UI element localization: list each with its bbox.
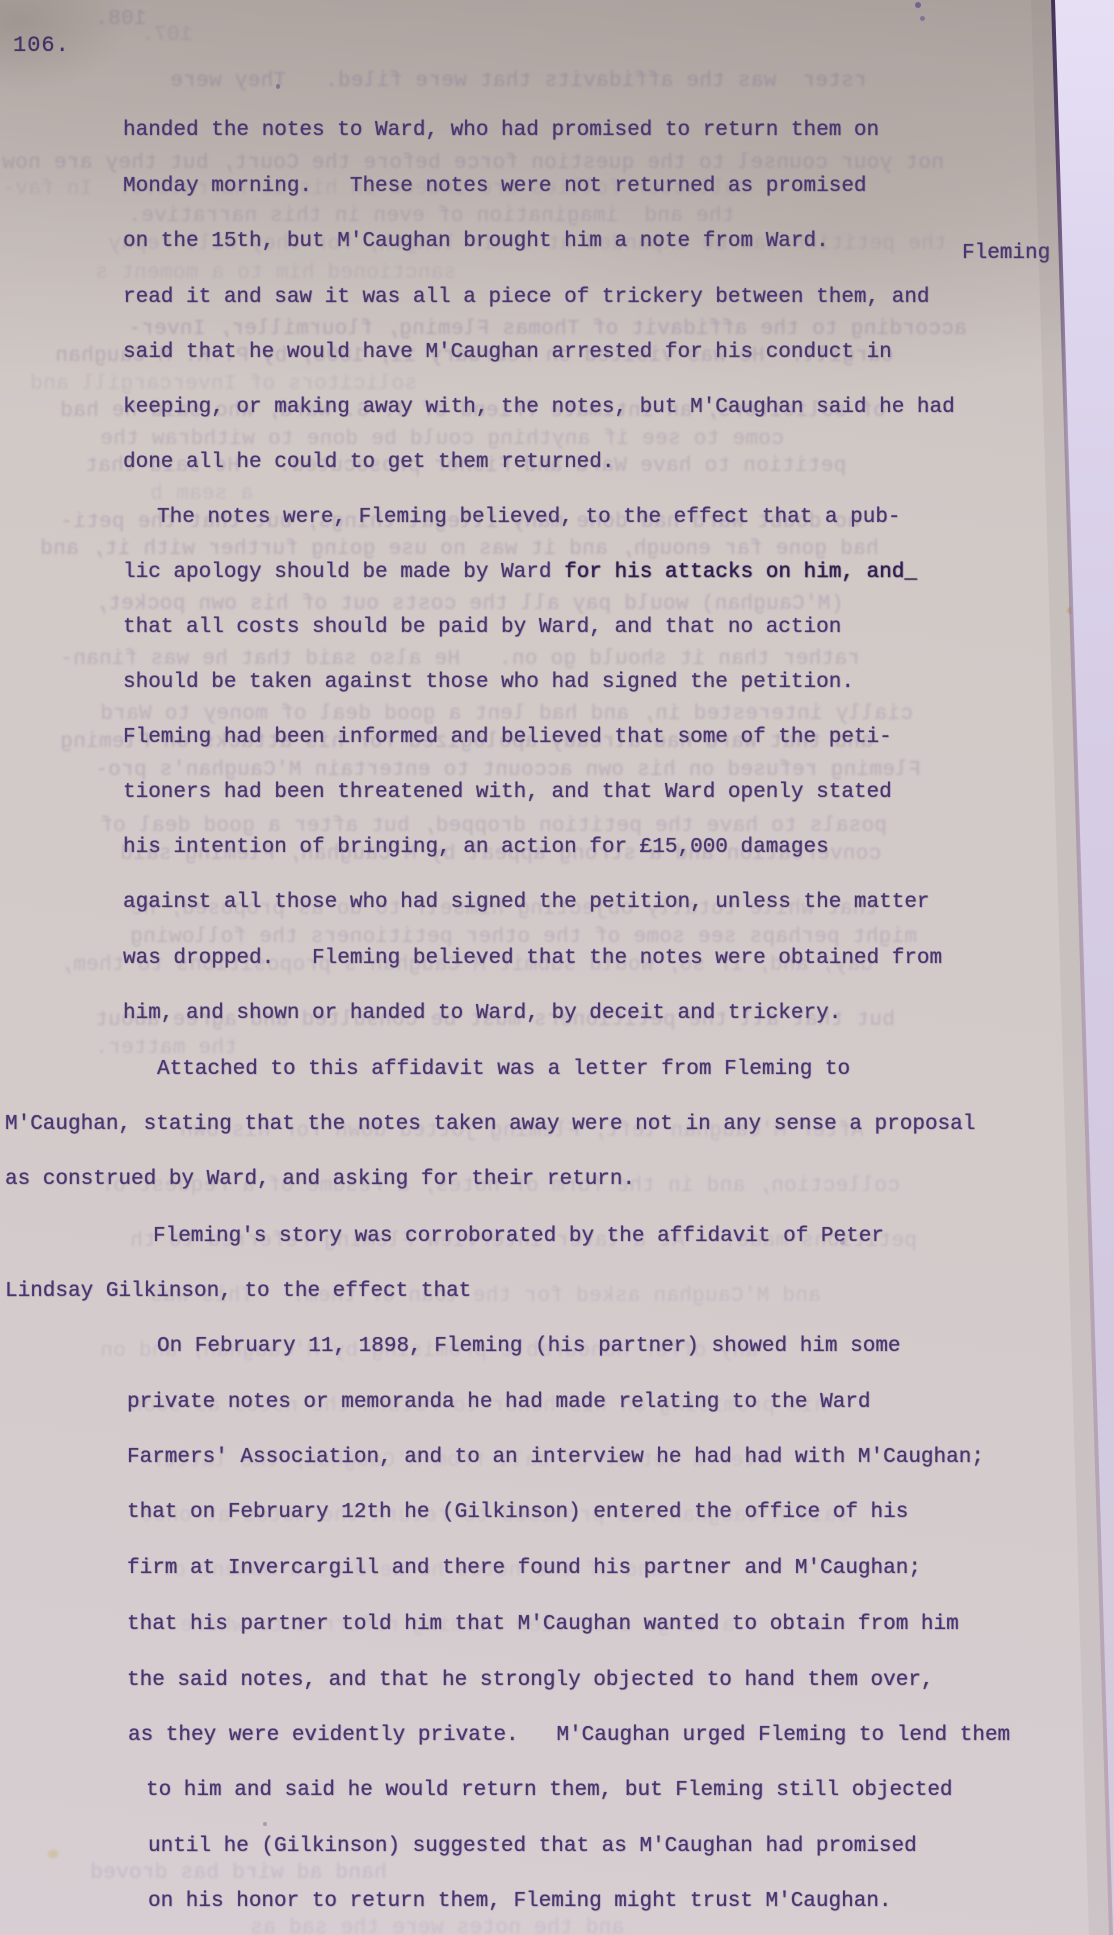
bleed-through-line: (M'Caughan) would pay all the costs out … xyxy=(95,593,843,616)
bleed-through-line: had gone far enough, and it was no use g… xyxy=(40,538,879,561)
text-line: On February 11, 1898, Fleming (his partn… xyxy=(157,1334,901,1359)
text-line: Lindsay Gilkinson, to the effect that xyxy=(5,1279,471,1304)
text-line: Monday morning. These notes were not ret… xyxy=(123,174,867,199)
text-line: on the 15th, but M'Caughan brought him a… xyxy=(123,229,829,254)
bleed-through-line: solicitors of Invercargill and xyxy=(30,373,417,396)
text-line: that on February 12th he (Gilkinson) ent… xyxy=(127,1500,908,1525)
ink-speck xyxy=(840,1240,845,1245)
page-number: 106. xyxy=(13,33,70,58)
text-line: that his partner told him that M'Caughan… xyxy=(127,1612,959,1637)
stain-spot xyxy=(48,1850,58,1858)
ink-speck xyxy=(276,84,280,89)
text-line: as construed by Ward, and asking for the… xyxy=(5,1167,635,1192)
bleed-through-line: rster was the affidavits that were filed… xyxy=(170,70,867,93)
bleed-through-line: 108. xyxy=(95,8,147,31)
ink-speck xyxy=(915,2,921,8)
bleed-through-line: hand ad wird bas droved xyxy=(90,1862,387,1885)
text-line: said that he would have M'Caughan arrest… xyxy=(123,340,892,365)
bleed-through-line: not your counsel to the question force b… xyxy=(2,152,944,175)
text-line: should be taken against those who had si… xyxy=(123,670,854,695)
text-line: was dropped. Fleming believed that the n… xyxy=(123,946,942,971)
bleed-through-line: and the notes were the sad as xyxy=(250,1917,624,1935)
bleed-through-line: according to the affidavit of Thomas Fle… xyxy=(128,318,967,341)
text-line: lic apology should be made by Ward for h… xyxy=(123,560,917,585)
text-line: The notes were, Fleming believed, to the… xyxy=(157,505,901,530)
text-line: handed the notes to Ward, who had promis… xyxy=(123,118,879,143)
bleed-through-line: a seam b xyxy=(150,483,253,506)
text-line: Fleming xyxy=(962,241,1050,266)
ink-speck xyxy=(263,1822,267,1826)
text-line: keeping, or making away with, the notes,… xyxy=(123,395,955,420)
text-line: firm at Invercargill and there found his… xyxy=(127,1556,921,1581)
document-page: 106. 108.107.rster was the affidavits th… xyxy=(0,0,1114,1935)
text-line: Attached to this affidavit was a letter … xyxy=(157,1057,850,1082)
bleed-through-line: rather than it should go on. He also sai… xyxy=(60,648,860,671)
text-line: against all those who had signed the pet… xyxy=(123,890,930,915)
text-line: done all he could to get them returned. xyxy=(123,450,614,475)
text-line: M'Caughan, stating that the notes taken … xyxy=(5,1112,975,1137)
text-line: the said notes, and that he strongly obj… xyxy=(127,1668,934,1693)
bleed-through-line: cially interested in, and had lent a goo… xyxy=(100,703,913,726)
text-line: him, and shown or handed to Ward, by dec… xyxy=(123,1001,841,1026)
text-line: as they were evidently private. M'Caugha… xyxy=(128,1723,1010,1748)
text-line: until he (Gilkinson) suggested that as M… xyxy=(148,1834,917,1859)
ink-speck xyxy=(920,16,925,21)
text-line: tioners had been threatened with, and th… xyxy=(123,780,892,805)
text-line: on his honor to return them, Fleming mig… xyxy=(148,1889,892,1914)
bleed-through-line: 107. xyxy=(141,24,193,47)
text-line: Fleming had been informed and believed t… xyxy=(123,725,892,750)
text-line: private notes or memoranda he had made r… xyxy=(127,1390,871,1415)
bleed-through-line: the and imagination of even in this narr… xyxy=(128,205,734,228)
bleed-through-line: come to see if anything could be done to… xyxy=(100,428,784,451)
text-line: Fleming's story was corroborated by the … xyxy=(153,1224,884,1249)
bleed-through-line: sanctioned him to a moment s xyxy=(95,262,456,285)
text-line: Farmers' Association, and to an intervie… xyxy=(127,1445,984,1470)
text-line: that all costs should be paid by Ward, a… xyxy=(123,615,841,640)
text-line: read it and saw it was all a piece of tr… xyxy=(123,285,930,310)
text-line: his intention of bringing, an action for… xyxy=(123,835,829,860)
bleed-through-line: Fleming refused on his own account to en… xyxy=(95,759,921,782)
text-line: to him and said he would return them, bu… xyxy=(146,1778,953,1803)
